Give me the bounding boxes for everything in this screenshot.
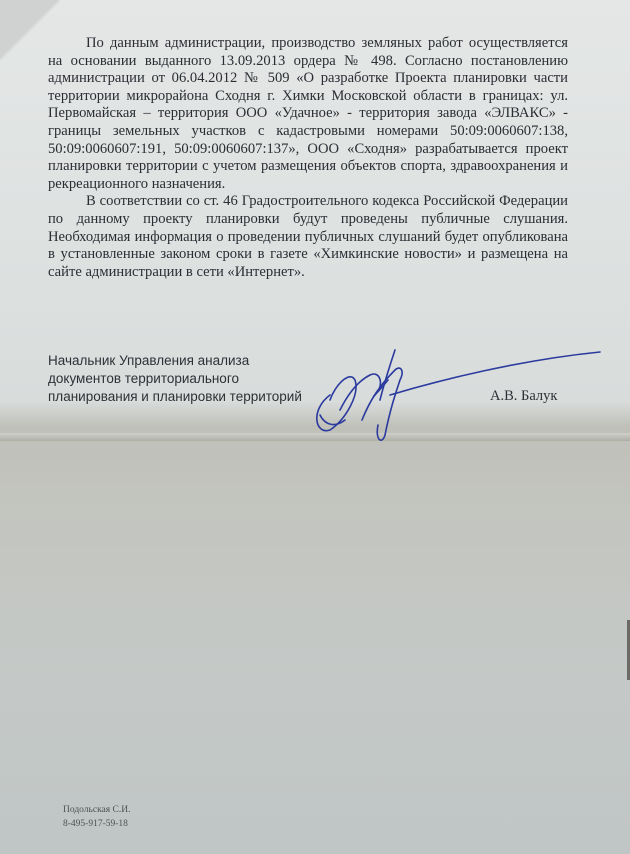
signatory-title-line: Начальник Управления анализа [48,352,302,370]
signatory-name: А.В. Балук [490,388,557,405]
signatory-title-line: документов территориального [48,370,302,388]
executor-phone: 8-495-917-59-18 [63,817,130,831]
letter-body: По данным администрации, производство зе… [48,35,568,281]
paragraph-1: По данным администрации, производство зе… [48,35,568,193]
executor-name: Подольская С.И. [63,803,130,817]
paragraph-2: В соответствии со ст. 46 Градостроительн… [48,193,568,281]
executor-footer: Подольская С.И. 8-495-917-59-18 [63,803,130,831]
signature-icon [300,340,630,450]
signatory-title: Начальник Управления анализа документов … [48,352,302,406]
signatory-title-line: планирования и планировки территорий [48,388,302,406]
